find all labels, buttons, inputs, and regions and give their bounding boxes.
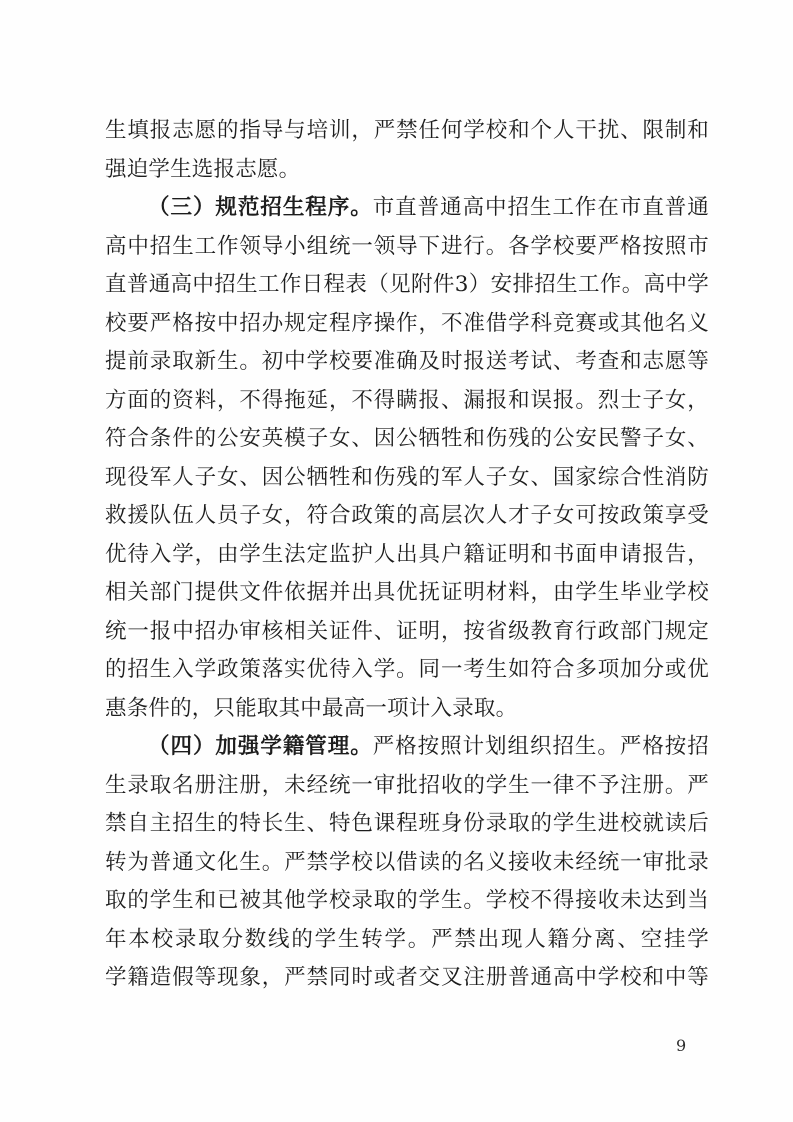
section-heading: （三）规范招生程序。 — [148, 195, 373, 220]
body-text: 优待入学，由学生法定监护人出具户籍证明和书面申请报告， — [105, 542, 709, 567]
text-line-15: 的招生入学政策落实优待入学。同一考生如符合多项加分或优 — [105, 651, 709, 690]
text-line-20: 转为普通文化生。严禁学校以借读的名义接收未经统一审批录 — [105, 844, 709, 883]
body-text: 市直普通高中招生工作在市直普通 — [373, 195, 709, 220]
text-line-23: 学籍造假等现象，严禁同时或者交叉注册普通高中学校和中等 — [105, 959, 709, 998]
text-line-7: 提前录取新生。初中学校要准确及时报送考试、考查和志愿等 — [105, 343, 709, 382]
page-number: 9 — [676, 1036, 686, 1056]
text-line-3: （三）规范招生程序。市直普通高中招生工作在市直普通 — [105, 189, 709, 228]
body-text: 直普通高中招生工作日程表（见附件3）安排招生工作。高中学 — [105, 272, 709, 297]
text-line-6: 校要严格按中招办规定程序操作，不准借学科竞赛或其他名义 — [105, 305, 709, 344]
body-text: 救援队伍人员子女，符合政策的高层次人才子女可按政策享受 — [105, 503, 709, 528]
section-heading: （四）加强学籍管理。 — [148, 734, 373, 759]
text-line-10: 现役军人子女、因公牺牲和伤残的军人子女、国家综合性消防 — [105, 459, 709, 498]
text-line-13: 相关部门提供文件依据并出具优抚证明材料，由学生毕业学校 — [105, 574, 709, 613]
body-text: 高中招生工作领导小组统一领导下进行。各学校要严格按照市 — [105, 234, 709, 259]
body-text: 生录取名册注册，未经统一审批招收的学生一律不予注册。严 — [105, 773, 709, 798]
body-text: 学籍造假等现象，严禁同时或者交叉注册普通高中学校和中等 — [105, 965, 709, 990]
body-text: 的招生入学政策落实优待入学。同一考生如符合多项加分或优 — [105, 657, 709, 682]
text-line-16: 惠条件的，只能取其中最高一项计入录取。 — [105, 690, 709, 729]
body-text: 符合条件的公安英模子女、因公牺牲和伤残的公安民警子女、 — [105, 426, 709, 451]
body-text: 统一报中招办审核相关证件、证明，按省级教育行政部门规定 — [105, 619, 709, 644]
text-line-2: 强迫学生选报志愿。 — [105, 151, 709, 190]
text-line-11: 救援队伍人员子女，符合政策的高层次人才子女可按政策享受 — [105, 497, 709, 536]
text-line-19: 禁自主招生的特长生、特色课程班身份录取的学生进校就读后 — [105, 805, 709, 844]
body-text: 校要严格按中招办规定程序操作，不准借学科竞赛或其他名义 — [105, 311, 709, 336]
text-line-21: 取的学生和已被其他学校录取的学生。学校不得接收未达到当 — [105, 882, 709, 921]
body-text: 年本校录取分数线的学生转学。严禁出现人籍分离、空挂学籍、 — [105, 927, 709, 960]
body-text: 相关部门提供文件依据并出具优抚证明材料，由学生毕业学校 — [105, 580, 709, 605]
body-text: 提前录取新生。初中学校要准确及时报送考试、考查和志愿等 — [105, 349, 709, 374]
body-text: 惠条件的，只能取其中最高一项计入录取。 — [105, 696, 517, 721]
text-line-9: 符合条件的公安英模子女、因公牺牲和伤残的公安民警子女、 — [105, 420, 709, 459]
text-line-18: 生录取名册注册，未经统一审批招收的学生一律不予注册。严 — [105, 767, 709, 806]
body-text: 现役军人子女、因公牺牲和伤残的军人子女、国家综合性消防 — [105, 465, 709, 490]
body-text: 强迫学生选报志愿。 — [105, 157, 300, 182]
body-text: 禁自主招生的特长生、特色课程班身份录取的学生进校就读后 — [105, 811, 709, 836]
text-line-4: 高中招生工作领导小组统一领导下进行。各学校要严格按照市 — [105, 228, 709, 267]
document-body: 生填报志愿的指导与培训，严禁任何学校和个人干扰、限制和强迫学生选报志愿。（三）规… — [105, 112, 709, 998]
text-line-1: 生填报志愿的指导与培训，严禁任何学校和个人干扰、限制和 — [105, 112, 709, 151]
text-line-5: 直普通高中招生工作日程表（见附件3）安排招生工作。高中学 — [105, 266, 709, 305]
body-text: 生填报志愿的指导与培训，严禁任何学校和个人干扰、限制和 — [105, 118, 709, 143]
document-page: 生填报志愿的指导与培训，严禁任何学校和个人干扰、限制和强迫学生选报志愿。（三）规… — [0, 0, 793, 1122]
body-text: 严格按照计划组织招生。严格按招 — [373, 734, 709, 759]
text-line-14: 统一报中招办审核相关证件、证明，按省级教育行政部门规定 — [105, 613, 709, 652]
body-text: 方面的资料，不得拖延，不得瞒报、漏报和误报。烈士子女， — [105, 388, 709, 413]
text-line-22: 年本校录取分数线的学生转学。严禁出现人籍分离、空挂学籍、 — [105, 921, 709, 960]
body-text: 取的学生和已被其他学校录取的学生。学校不得接收未达到当 — [105, 888, 709, 913]
text-line-17: （四）加强学籍管理。严格按照计划组织招生。严格按招 — [105, 728, 709, 767]
text-line-12: 优待入学，由学生法定监护人出具户籍证明和书面申请报告， — [105, 536, 709, 575]
body-text: 转为普通文化生。严禁学校以借读的名义接收未经统一审批录 — [105, 850, 709, 875]
text-line-8: 方面的资料，不得拖延，不得瞒报、漏报和误报。烈士子女， — [105, 382, 709, 421]
